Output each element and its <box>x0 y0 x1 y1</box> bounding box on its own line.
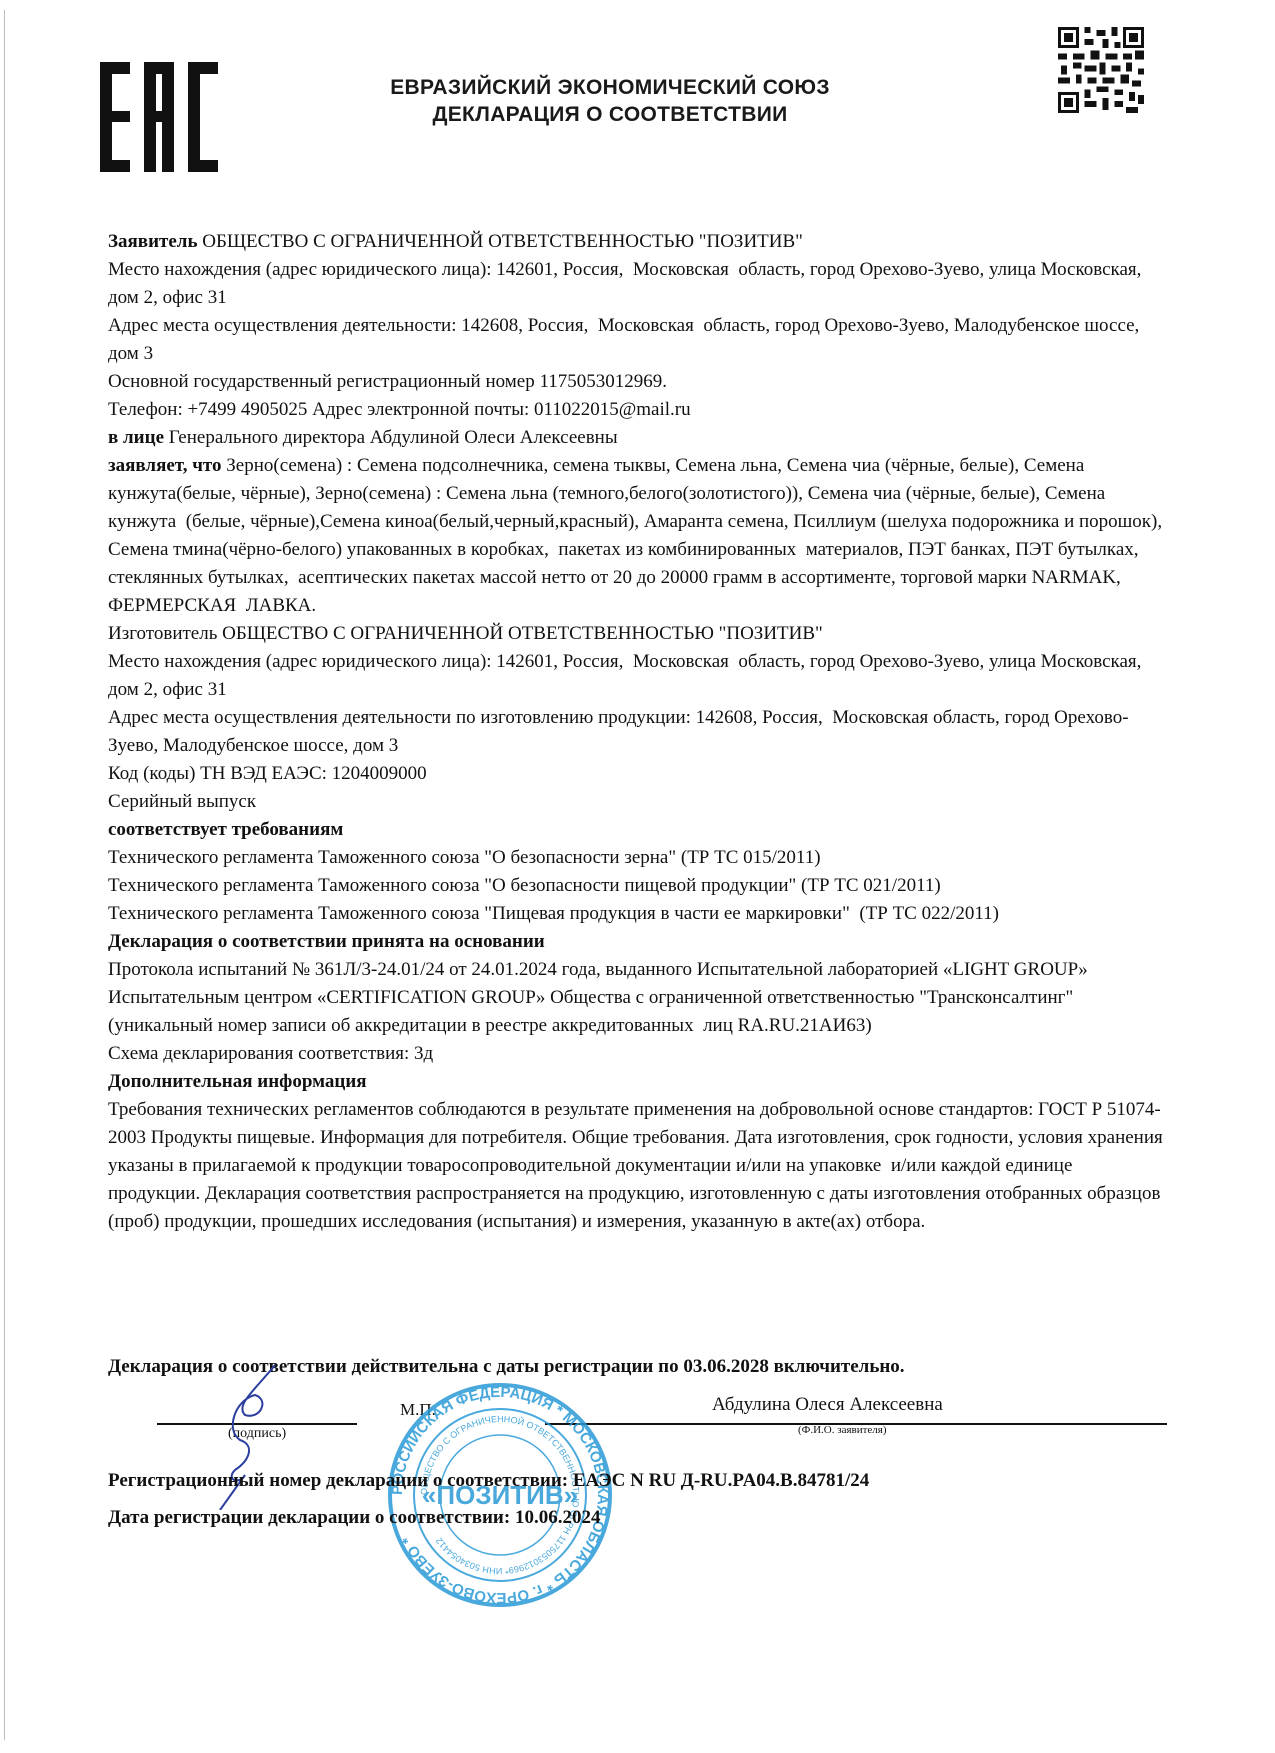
represented-by: в лице Генерального директора Абдулиной … <box>108 424 1168 452</box>
represented-label: в лице <box>108 427 164 448</box>
release-type: Серийный выпуск <box>108 788 1168 816</box>
represented-name: Генерального директора Абдулиной Олеси А… <box>164 427 618 448</box>
product-description: Зерно(семена) : Семена подсолнечника, се… <box>108 455 1167 616</box>
manufacturer-legal-address: Место нахождения (адрес юридического лиц… <box>108 648 1168 704</box>
manufacturer-production-address: Адрес места осуществления деятельности п… <box>108 704 1168 760</box>
declaration-body: Заявитель ОБЩЕСТВО С ОГРАНИЧЕННОЙ ОТВЕТС… <box>108 228 1168 1236</box>
declares-paragraph: заявляет, что Зерно(семена) : Семена под… <box>108 452 1168 620</box>
applicant-line: Заявитель ОБЩЕСТВО С ОГРАНИЧЕННОЙ ОТВЕТС… <box>108 228 1168 256</box>
signer-caption: (Ф.И.О. заявителя) <box>798 1424 887 1436</box>
applicant-activity-address: Адрес места осуществления деятельности: … <box>108 312 1168 368</box>
requirement-item: Технического регламента Таможенного союз… <box>108 844 1168 872</box>
document-header: ЕВРАЗИЙСКИЙ ЭКОНОМИЧЕСКИЙ СОЮЗ ДЕКЛАРАЦИ… <box>300 74 920 128</box>
registration-number: Регистрационный номер декларации о соотв… <box>108 1470 869 1492</box>
manufacturer-name: Изготовитель ОБЩЕСТВО С ОГРАНИЧЕННОЙ ОТВ… <box>108 620 1168 648</box>
declares-label: заявляет, что <box>108 455 222 476</box>
applicant-label: Заявитель <box>108 231 198 252</box>
company-seal-icon: РОССИЙСКАЯ ФЕДЕРАЦИЯ * МОСКОВСКАЯ ОБЛАСТ… <box>385 1380 615 1610</box>
requirements-title: соответствует требованиям <box>108 816 1168 844</box>
requirement-item: Технического регламента Таможенного союз… <box>108 872 1168 900</box>
applicant-contacts: Телефон: +7499 4905025 Адрес электронной… <box>108 396 1168 424</box>
additional-info-title: Дополнительная информация <box>108 1068 1168 1096</box>
requirement-item: Технического регламента Таможенного союз… <box>108 900 1168 928</box>
basis-text: Протокола испытаний № 361Л/3-24.01/24 от… <box>108 956 1168 1040</box>
qr-code-icon[interactable] <box>1058 23 1144 117</box>
registration-date: Дата регистрации декларации о соответств… <box>108 1507 600 1529</box>
page-edge <box>4 10 5 1740</box>
tn-ved-code: Код (коды) ТН ВЭД ЕАЭС: 1204009000 <box>108 760 1168 788</box>
applicant-legal-address: Место нахождения (адрес юридического лиц… <box>108 256 1168 312</box>
eac-logo-icon <box>100 62 218 172</box>
signer-name: Абдулина Олеся Алексеевна <box>712 1394 943 1416</box>
basis-title: Декларация о соответствии принята на осн… <box>108 928 1168 956</box>
declaration-scheme: Схема декларирования соответствия: 3д <box>108 1040 1168 1068</box>
header-title: ДЕКЛАРАЦИЯ О СООТВЕТСТВИИ <box>300 101 920 128</box>
applicant-name: ОБЩЕСТВО С ОГРАНИЧЕННОЙ ОТВЕТСТВЕННОСТЬЮ… <box>198 231 803 252</box>
header-union: ЕВРАЗИЙСКИЙ ЭКОНОМИЧЕСКИЙ СОЮЗ <box>300 74 920 101</box>
additional-info-text: Требования технических регламентов соблю… <box>108 1096 1168 1236</box>
applicant-ogrn: Основной государственный регистрационный… <box>108 368 1168 396</box>
